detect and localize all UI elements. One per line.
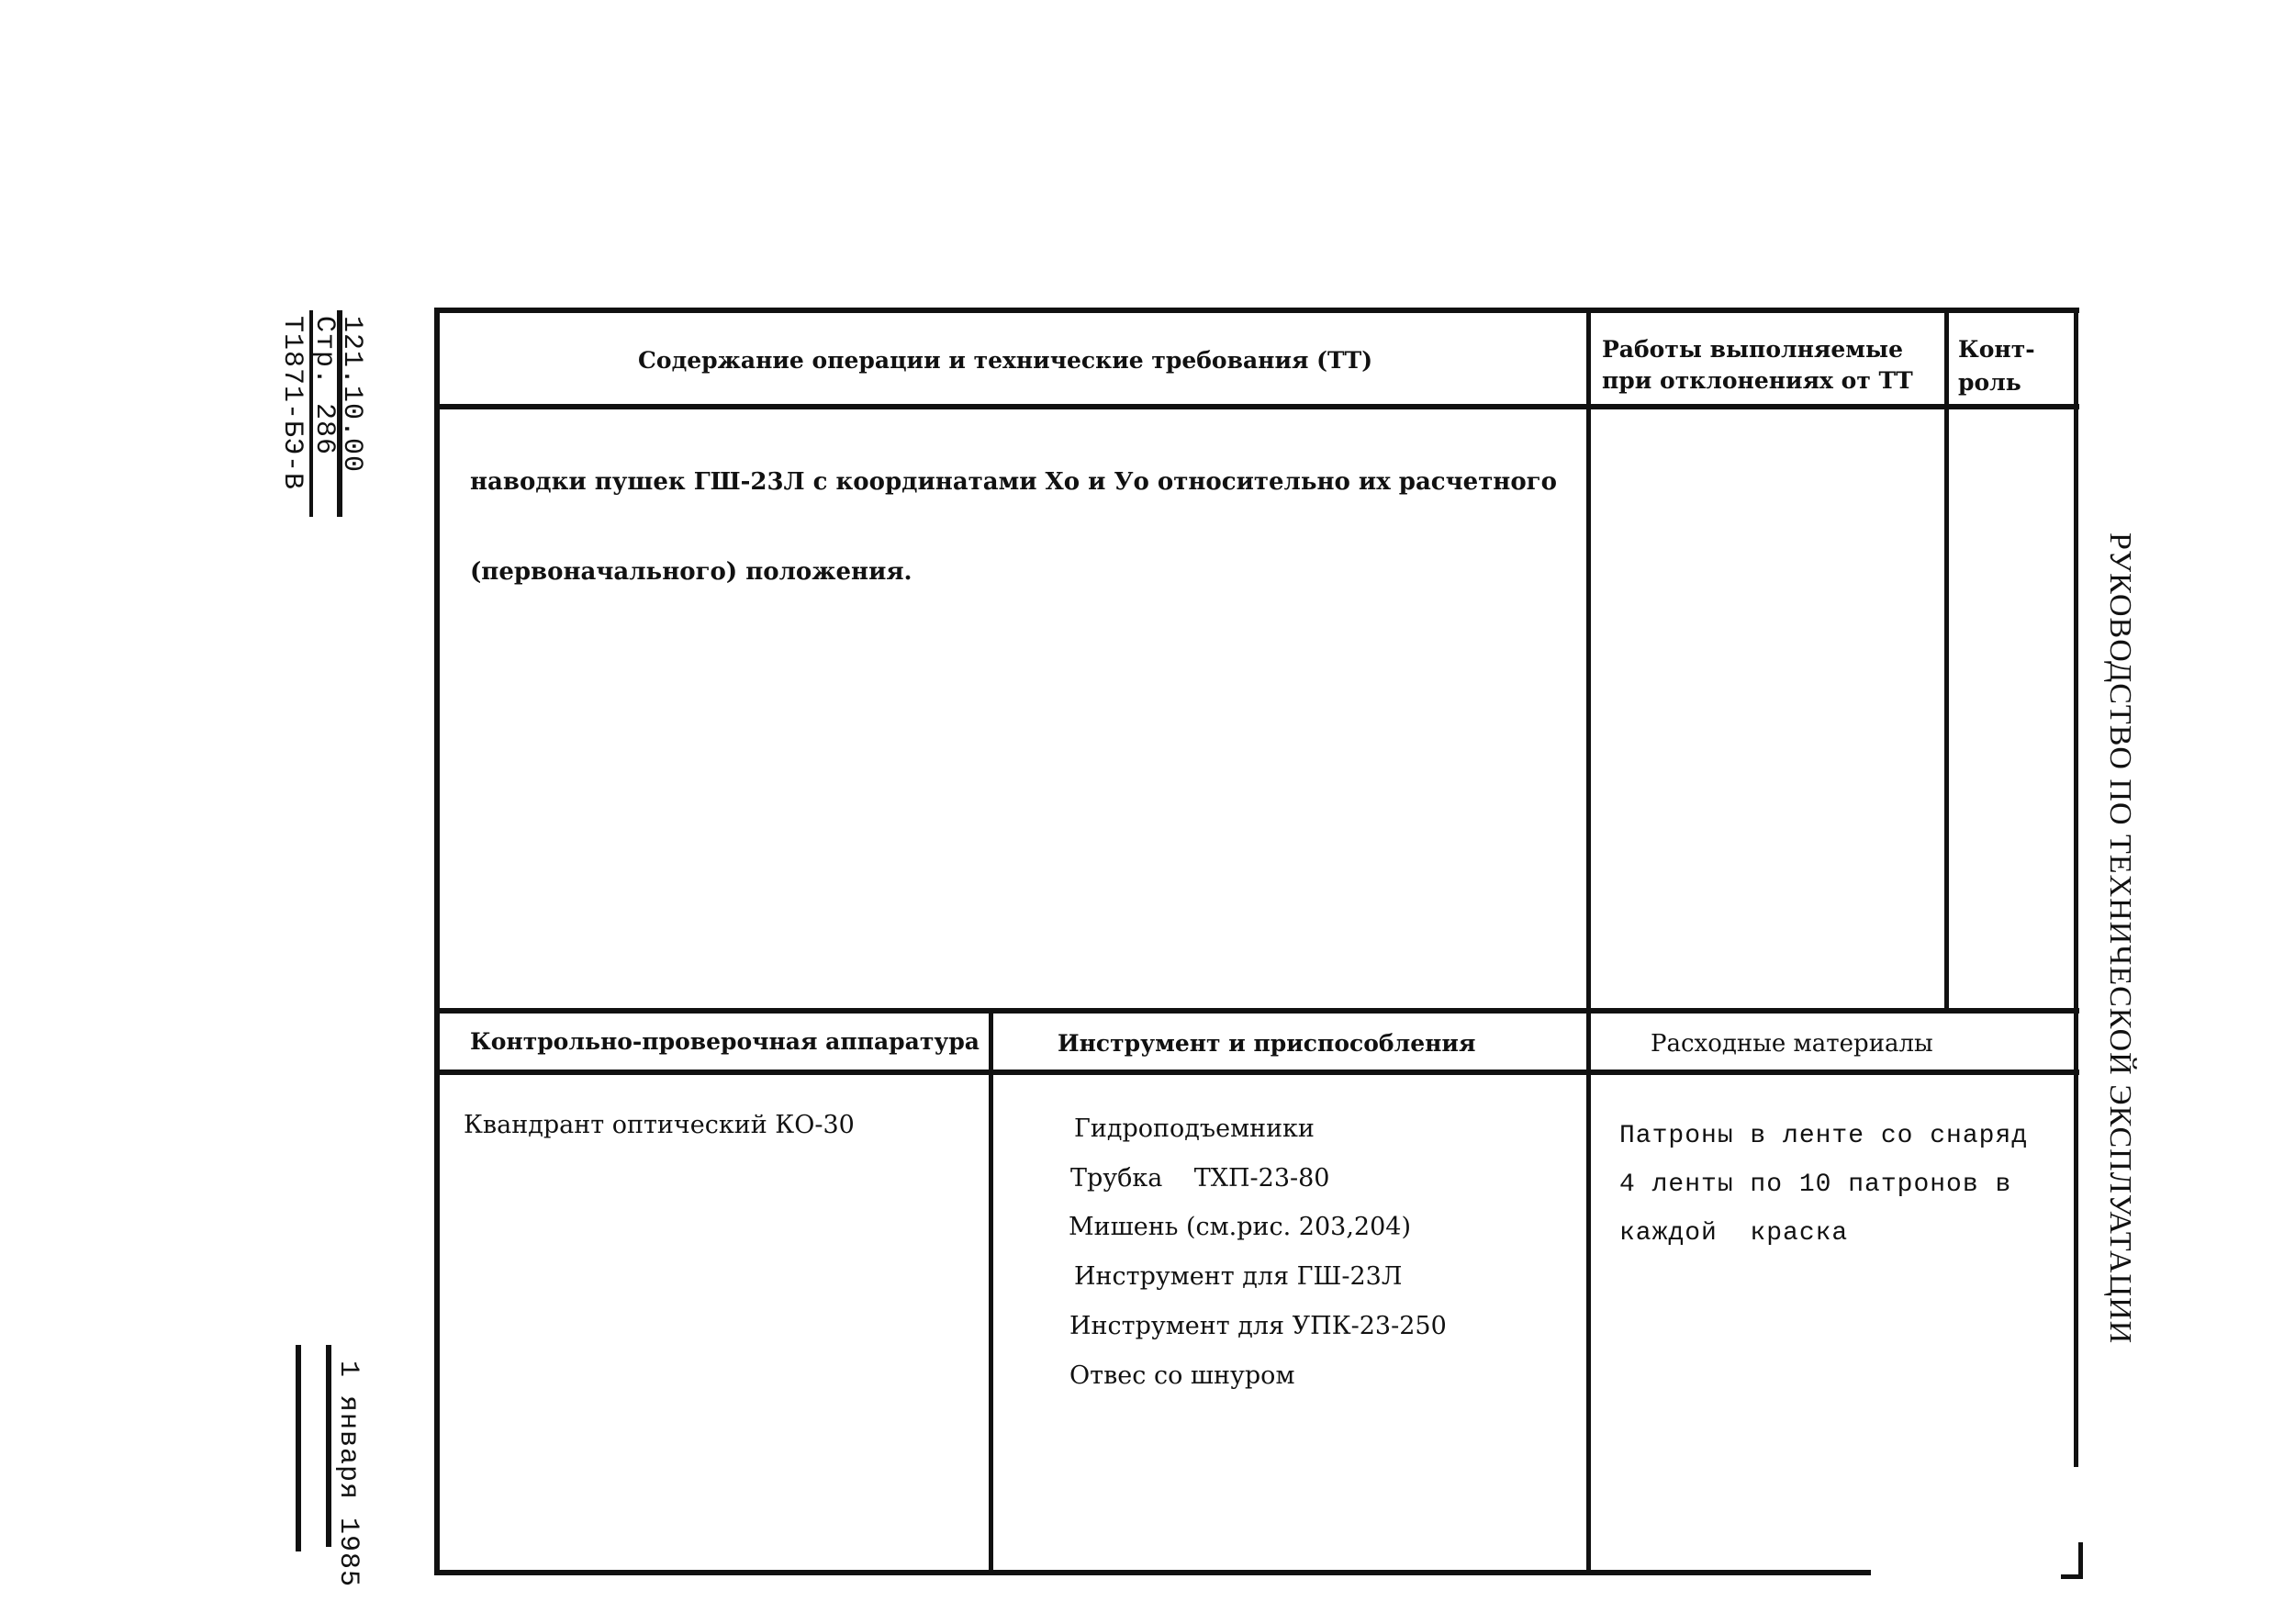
header-materials: Расходные материалы [1651,1030,1933,1058]
column-divider [989,1010,993,1572]
resources-table: Контрольно-проверочная аппаратура Инстру… [0,0,2295,1624]
tool-item: Инструмент для ГШ-23Л [1074,1262,1402,1291]
tool-item: Гидроподъемники [1074,1114,1315,1143]
section-divider [434,1008,2079,1014]
header-tools: Инструмент и приспособления [1058,1030,1475,1057]
tool-item: Отвес со шнуром [1069,1361,1294,1390]
corner-mark [2078,1542,2083,1579]
table-border-bottom [434,1570,1871,1575]
bottom-header-divider [434,1070,2079,1075]
material-item: 4 ленты по 10 патронов в [1619,1170,2011,1199]
material-item: Патроны в ленте со снаряд [1619,1122,2028,1150]
table-border-right [2074,1008,2078,1467]
tool-item: Инструмент для УПК-23-250 [1069,1312,1447,1340]
column-divider [1586,1010,1591,1572]
corner-mark [2061,1574,2081,1579]
tool-item: Трубка ТХП-23-80 [1070,1164,1329,1193]
material-item: каждой краска [1619,1219,1848,1248]
apparatus-item: Квандрант оптический КО-30 [464,1111,855,1139]
tool-item: Мишень (см.рис. 203,204) [1069,1213,1411,1241]
header-apparatus: Контрольно-проверочная аппаратура [470,1028,980,1055]
